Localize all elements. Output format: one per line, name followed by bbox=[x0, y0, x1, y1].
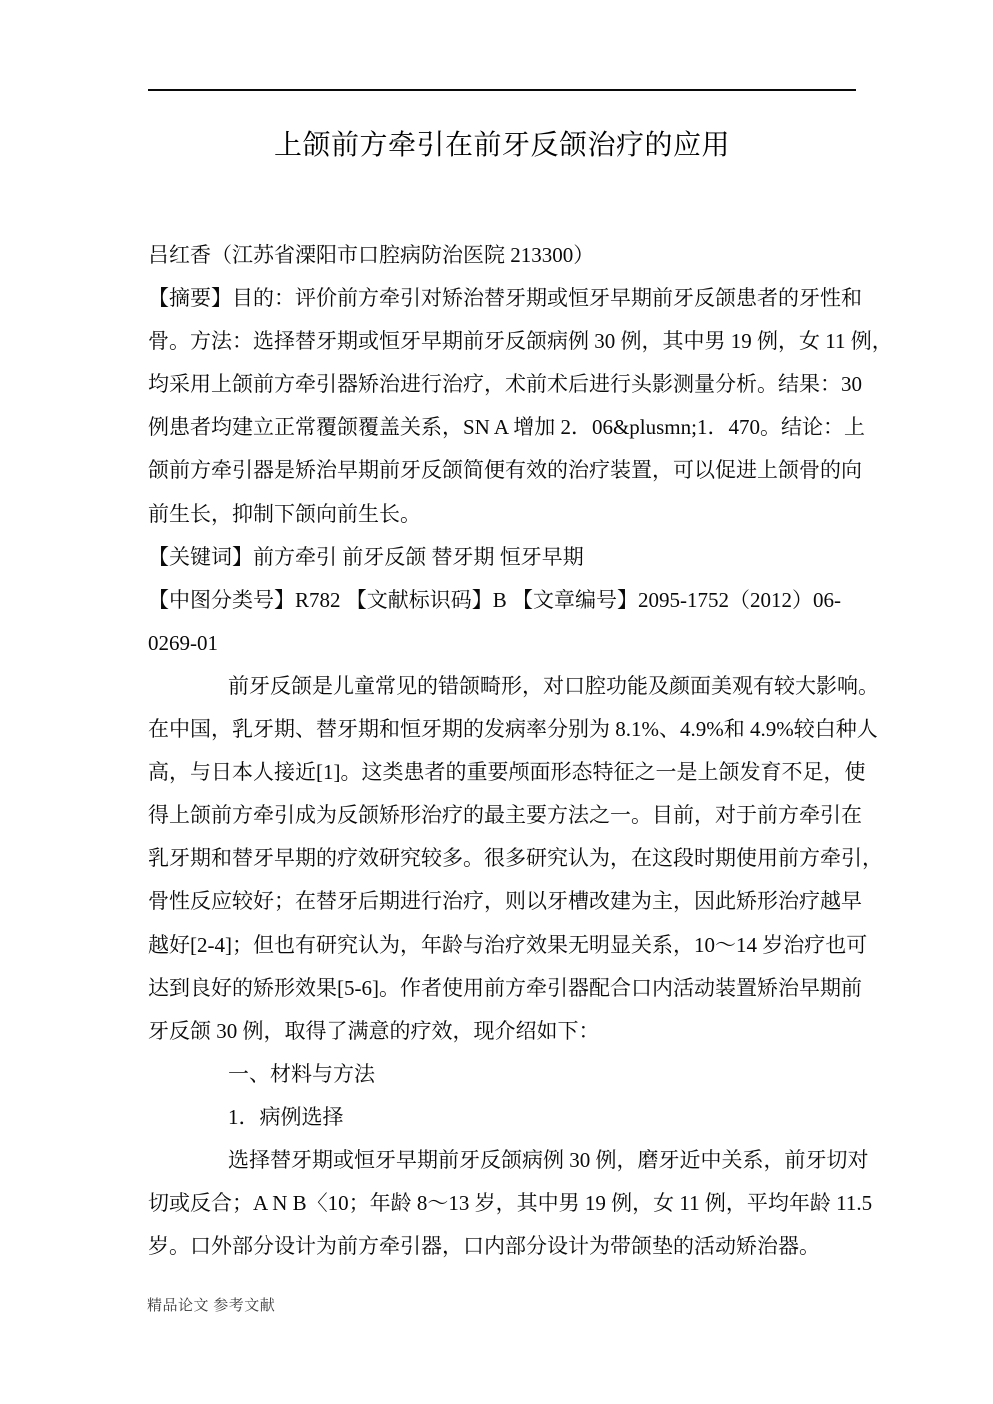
page-title: 上颌前方牵引在前牙反颌治疗的应用 bbox=[148, 126, 856, 166]
doc-line-case-selection: 岁。口外部分设计为前方牵引器，口内部分设计为带颌垫的活动矫治器。 bbox=[148, 1225, 856, 1268]
document-body: 吕红香（江苏省溧阳市口腔病防治医院 213300）【摘要】目的：评价前方牵引对矫… bbox=[148, 234, 856, 1268]
doc-line-introduction: 乳牙期和替牙早期的疗效研究较多。很多研究认为，在这段时期使用前方牵引， bbox=[148, 837, 856, 880]
doc-line-author: 吕红香（江苏省溧阳市口腔病防治医院 213300） bbox=[148, 234, 856, 277]
doc-line-introduction: 牙反颌 30 例，取得了满意的疗效，现介绍如下： bbox=[148, 1010, 856, 1053]
doc-line-introduction: 骨性反应较好；在替牙后期进行治疗，则以牙槽改建为主，因此矫形治疗越早 bbox=[148, 880, 856, 923]
doc-line-abstract: 前生长，抑制下颌向前生长。 bbox=[148, 493, 856, 536]
doc-line-introduction: 在中国，乳牙期、替牙期和恒牙期的发病率分别为 8.1%、4.9%和 4.9%较白… bbox=[148, 708, 856, 751]
document-page: 上颌前方牵引在前牙反颌治疗的应用 吕红香（江苏省溧阳市口腔病防治医院 21330… bbox=[0, 0, 993, 1404]
doc-line-abstract: 颌前方牵引器是矫治早期前牙反颌简便有效的治疗装置，可以促进上颌骨的向 bbox=[148, 449, 856, 492]
doc-line-keywords: 【关键词】前方牵引 前牙反颌 替牙期 恒牙早期 bbox=[148, 536, 856, 579]
doc-line-introduction: 前牙反颌是儿童常见的错颌畸形，对口腔功能及颜面美观有较大影响。 bbox=[148, 665, 856, 708]
doc-line-section-heading: 一、材料与方法 bbox=[148, 1053, 856, 1096]
doc-line-abstract: 骨。方法：选择替牙期或恒牙早期前牙反颌病例 30 例，其中男 19 例，女 11… bbox=[148, 320, 856, 363]
doc-line-introduction: 越好[2-4]；但也有研究认为，年龄与治疗效果无明显关系，10～14 岁治疗也可 bbox=[148, 924, 856, 967]
doc-line-case-selection: 切或反合；A N B〈10；年龄 8～13 岁，其中男 19 例，女 11 例，… bbox=[148, 1182, 856, 1225]
header-rule bbox=[148, 89, 856, 91]
doc-line-introduction: 得上颌前方牵引成为反颌矫形治疗的最主要方法之一。目前，对于前方牵引在 bbox=[148, 794, 856, 837]
doc-line-classification: 【中图分类号】R782 【文献标识码】B 【文章编号】2095-1752（201… bbox=[148, 579, 856, 622]
doc-line-abstract: 均采用上颌前方牵引器矫治进行治疗，术前术后进行头影测量分析。结果：30 bbox=[148, 363, 856, 406]
doc-line-subsection-heading: 1．病例选择 bbox=[148, 1096, 856, 1139]
doc-line-introduction: 高，与日本人接近[1]。这类患者的重要颅面形态特征之一是上颌发育不足，使 bbox=[148, 751, 856, 794]
doc-line-abstract: 例患者均建立正常覆颌覆盖关系，SN A 增加 2．06&plusmn;1．470… bbox=[148, 406, 856, 449]
doc-line-abstract: 【摘要】目的：评价前方牵引对矫治替牙期或恒牙早期前牙反颌患者的牙性和 bbox=[148, 277, 856, 320]
doc-line-classification: 0269-01 bbox=[148, 622, 856, 665]
doc-line-case-selection: 选择替牙期或恒牙早期前牙反颌病例 30 例，磨牙近中关系，前牙切对 bbox=[148, 1139, 856, 1182]
footer-watermark: 精品论文 参考文献 bbox=[147, 1295, 275, 1317]
doc-line-introduction: 达到良好的矫形效果[5-6]。作者使用前方牵引器配合口内活动装置矫治早期前 bbox=[148, 967, 856, 1010]
